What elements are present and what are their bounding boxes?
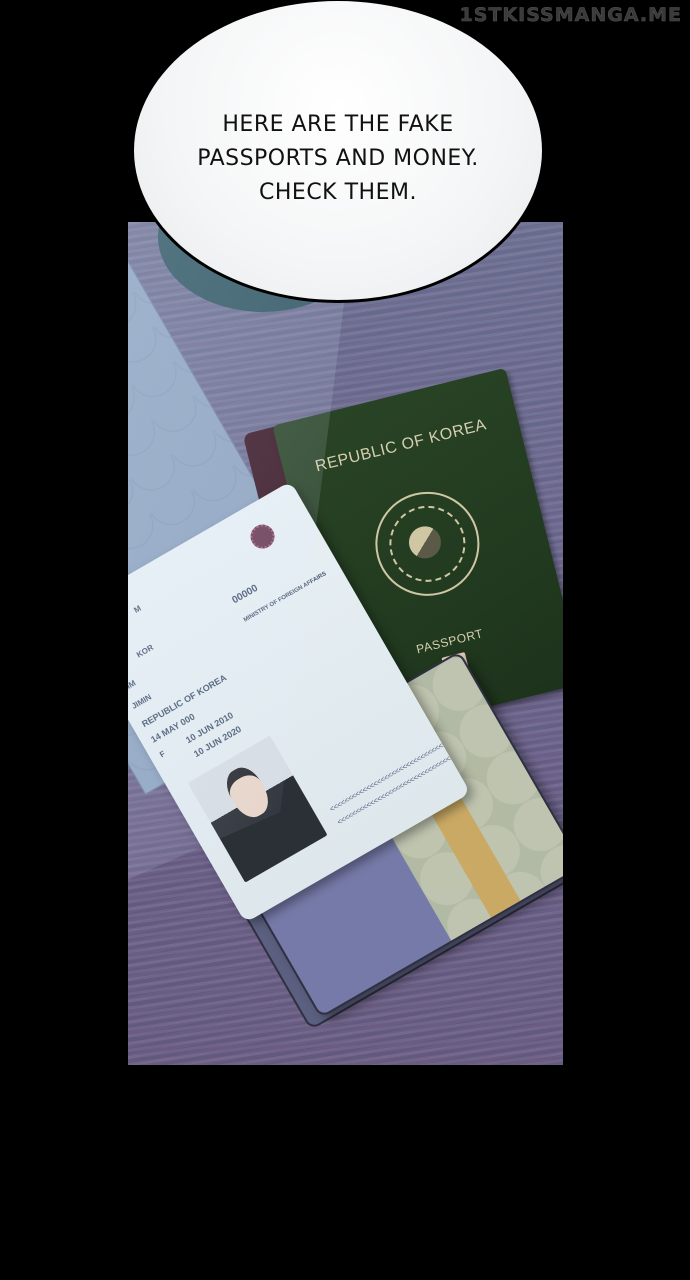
personal-no: 00000 — [230, 583, 260, 606]
surname: KIM — [128, 678, 137, 693]
passport-photo — [188, 735, 328, 882]
seal-icon — [246, 520, 279, 553]
sex-top: M — [132, 604, 142, 615]
sex: F — [158, 749, 167, 759]
speech-line-2: PASSPORTS AND MONEY. — [131, 142, 545, 176]
passport-country: REPUBLIC OF KOREA — [282, 409, 519, 485]
speech-bubble-text: HERE ARE THE FAKE PASSPORTS AND MONEY. C… — [131, 108, 545, 210]
mrz-line-1: <<<<<<<<<<<<<<<<<<<<<<<<<<<<<<<<<<<<<<<< — [328, 741, 445, 814]
speech-line-3: CHECK THEM. — [131, 176, 545, 210]
national-emblem-icon — [364, 481, 490, 607]
issuing-country: KOR — [135, 643, 155, 660]
authority: MINISTRY OF FOREIGN AFFAIRS — [243, 571, 328, 623]
given-names: JIMIN — [130, 692, 153, 710]
comic-panel: REPUBLIC OF KOREA PASSPORT BANKBOOK M 00… — [128, 222, 563, 1065]
site-watermark: 1STKISSMANGA.ME — [460, 4, 682, 26]
speech-line-1: HERE ARE THE FAKE — [131, 108, 545, 142]
